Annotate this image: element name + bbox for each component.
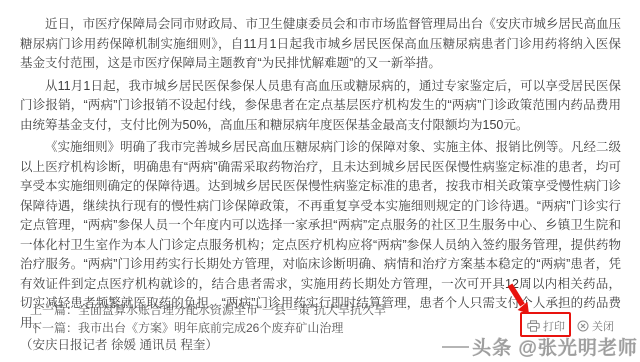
close-circle-icon	[577, 320, 589, 332]
next-article-link[interactable]: 下一篇：我市出台《方案》明年底前完成26个废弃矿山治理	[30, 320, 386, 338]
watermark-line	[442, 346, 469, 348]
watermark: 头条 @张光明老师	[442, 333, 638, 360]
close-button[interactable]: 关闭	[577, 318, 614, 334]
page-toolbar: 打印 关闭	[527, 318, 614, 334]
article-paragraph-2: 从11月1日起，我市城乡居民医保参保人员患有高血压或糖尿病的，通过专家鉴定后，可…	[20, 77, 621, 136]
prev-article-link[interactable]: 上一篇：全面盘算水账合理分配水资源全市“一县一策”抗大旱抗久旱	[30, 302, 386, 320]
article-paragraph-1: 近日，市医疗保障局会同市财政局、市卫生健康委员会和市市场监督管理局出台《安庆市城…	[20, 15, 621, 74]
watermark-text: 头条 @张光明老师	[472, 333, 638, 360]
print-button[interactable]: 打印	[527, 318, 565, 334]
article-pagination: 上一篇：全面盘算水账合理分配水资源全市“一县一策”抗大旱抗久旱 下一篇：我市出台…	[30, 302, 386, 337]
print-button-label: 打印	[543, 318, 565, 334]
close-button-label: 关闭	[592, 318, 614, 334]
printer-icon	[527, 320, 540, 332]
